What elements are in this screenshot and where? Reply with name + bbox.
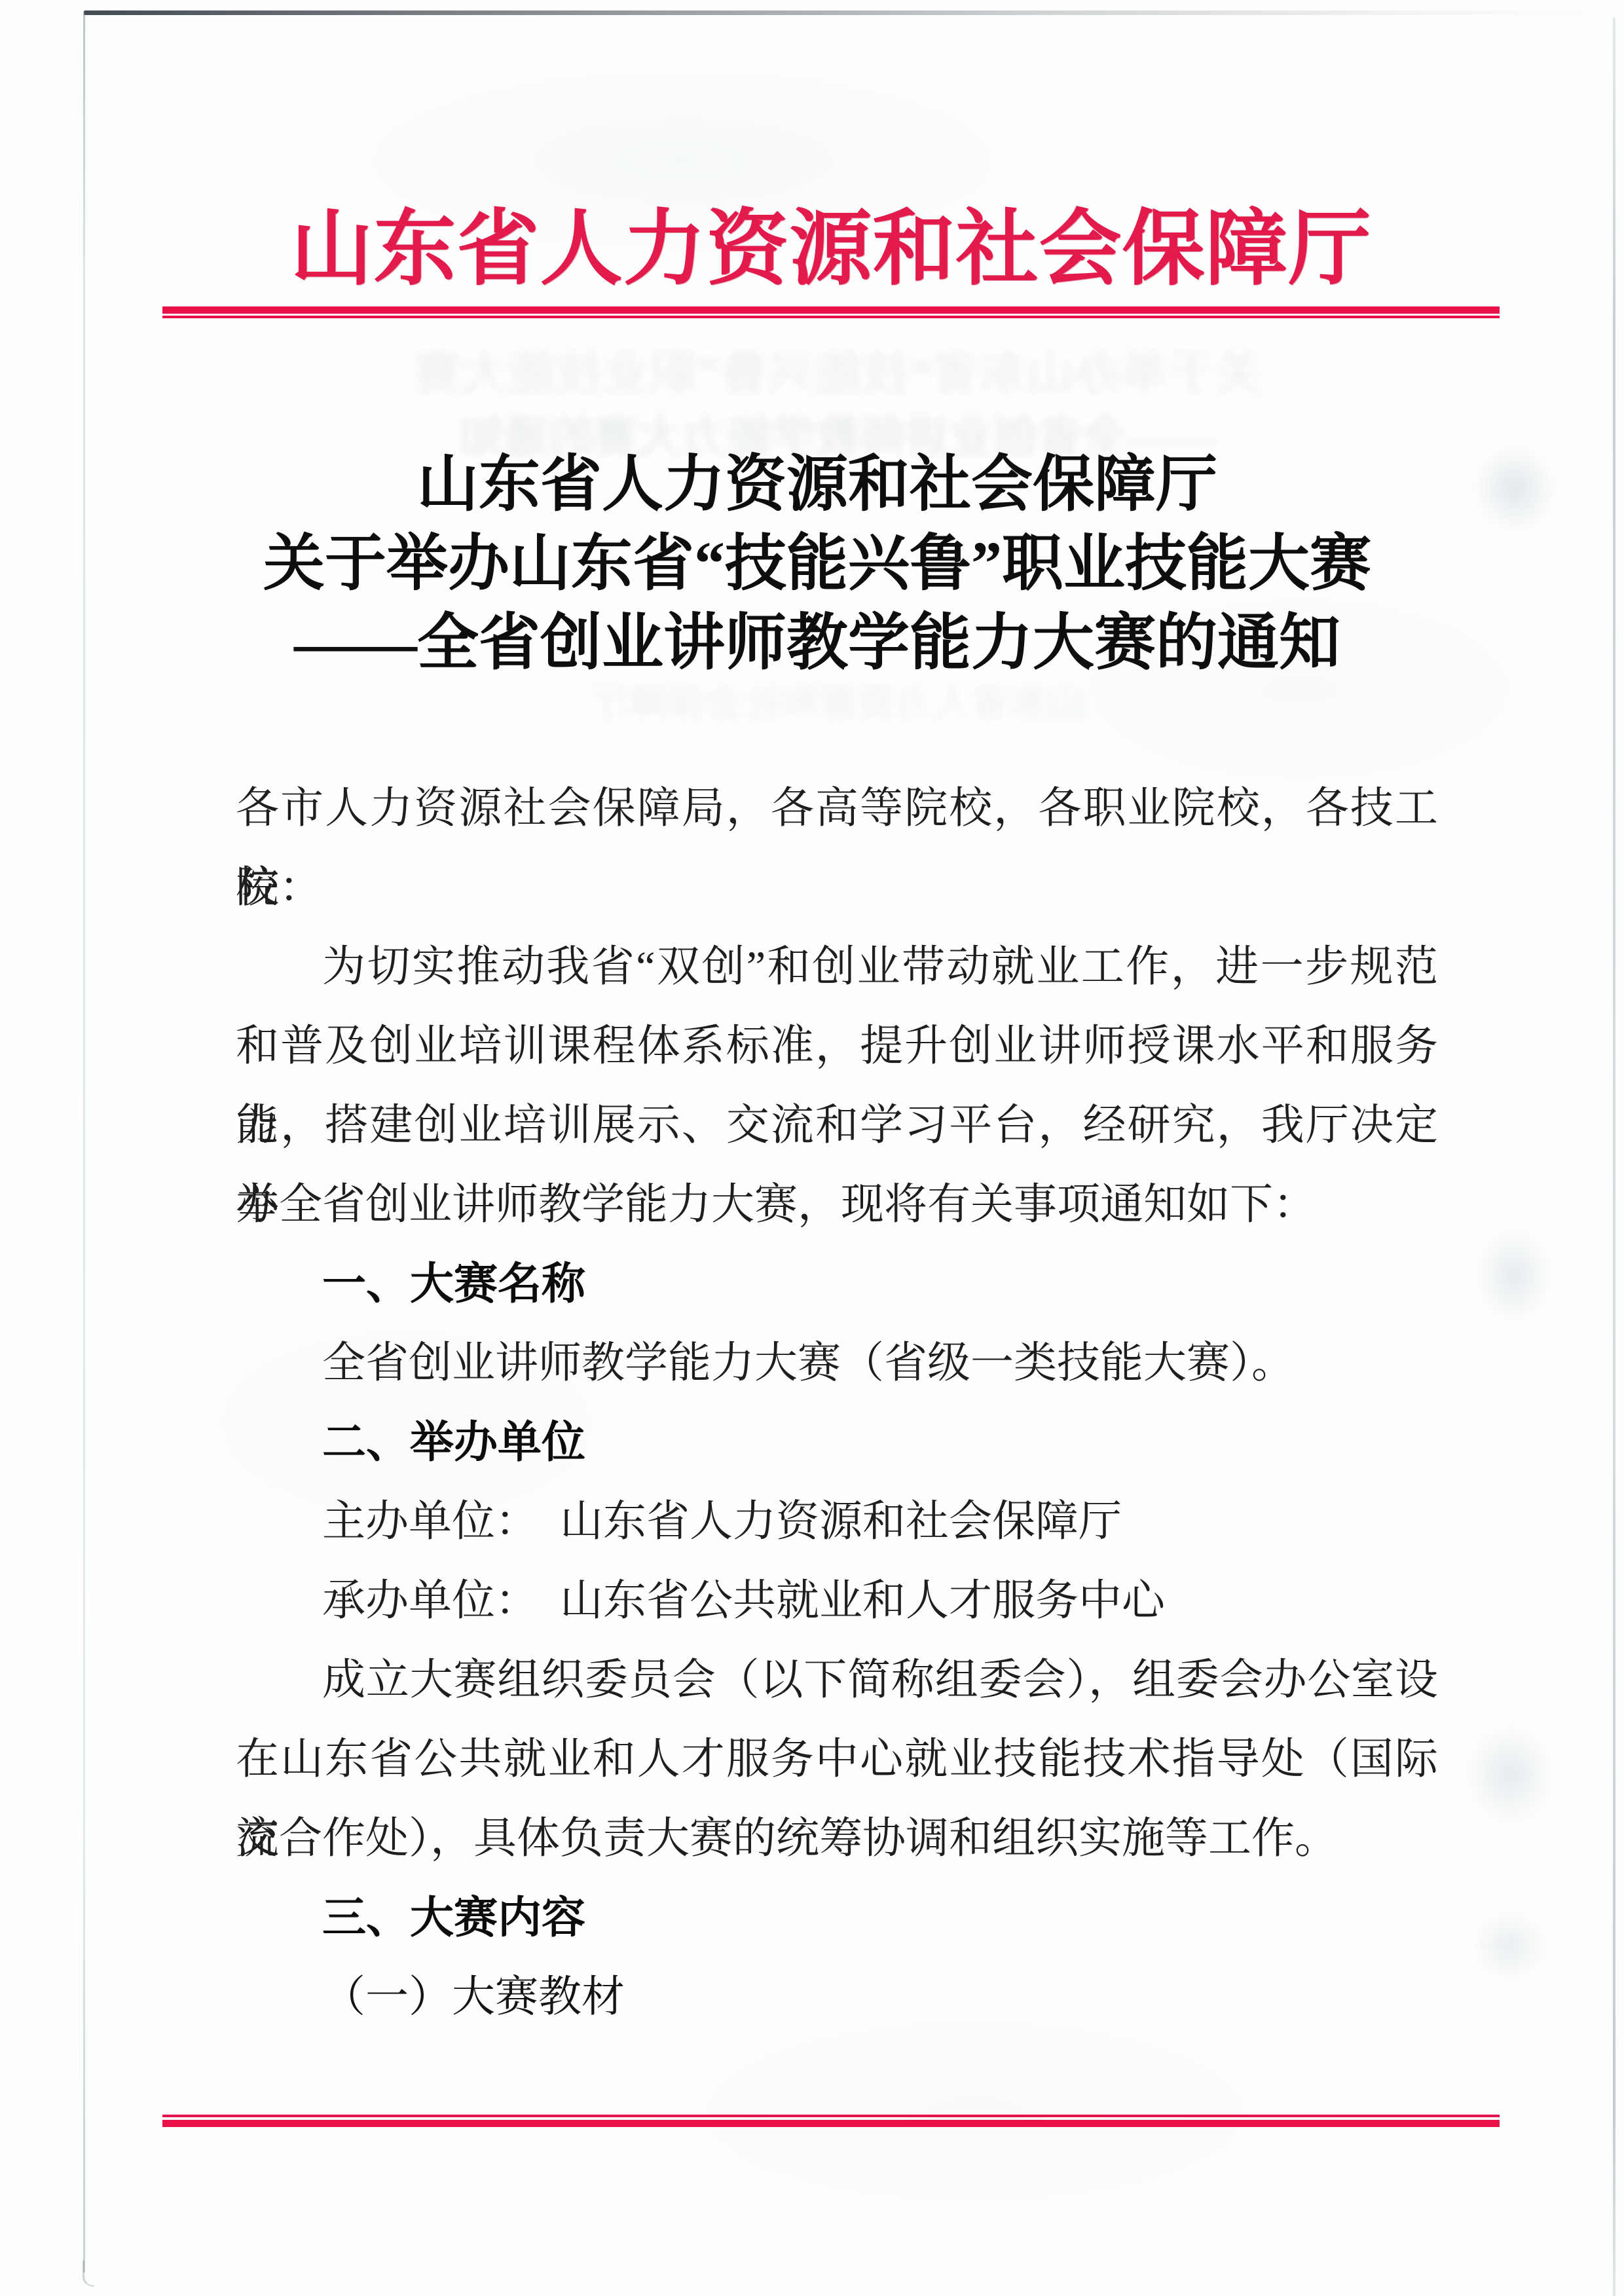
letterhead-divider-rule — [162, 306, 1500, 318]
footer-rule — [162, 2115, 1500, 2127]
scan-smudge — [1475, 1226, 1553, 1324]
document-title: 山东省人力资源和社会保障厅 关于举办山东省“技能兴鲁”职业技能大赛 ——全省创业… — [216, 445, 1418, 683]
addressee-line: 各市人力资源社会保障局，各高等院校，各职业院校，各技工院 — [236, 769, 1438, 848]
body-line: 全省创业讲师教学能力大赛（省级一类技能大赛）。 — [236, 1324, 1438, 1403]
bleed-through-ghost: 关于举办山东省“技能兴鲁”职业技能大赛 — [308, 335, 1369, 403]
document-title-line: 关于举办山东省“技能兴鲁”职业技能大赛 — [216, 525, 1418, 604]
section-heading: 三、大赛内容 — [236, 1878, 1438, 1957]
section-heading: 二、举办单位 — [236, 1403, 1438, 1482]
section-heading: 一、大赛名称 — [236, 1244, 1438, 1324]
body-line: 为切实推动我省“双创”和创业带动就业工作，进一步规范 — [236, 927, 1438, 1007]
body-line: 力，搭建创业培训展示、交流和学习平台，经研究，我厅决定举 — [236, 1086, 1438, 1165]
footer-rule-thick-bar — [162, 2120, 1500, 2127]
page-edge-top — [84, 10, 1615, 15]
footer-rule-thin-bar — [162, 2115, 1500, 2117]
letterhead-agency-name: 山东省人力资源和社会保障厅 — [162, 204, 1500, 296]
page-edge-left — [83, 12, 85, 2272]
document-title-line: 山东省人力资源和社会保障厅 — [216, 445, 1418, 525]
letterhead-rule-thick-bar — [162, 306, 1500, 314]
addressee-line: 校： — [236, 848, 1438, 927]
scan-smudge — [1471, 1910, 1549, 1982]
scanned-page: 关于举办山东省“技能兴鲁”职业技能大赛 ——全省创业讲师教学能力大赛的通知 山东… — [0, 0, 1624, 2296]
document-body: 各市人力资源社会保障局，各高等院校，各职业院校，各技工院 校： 为切实推动我省“… — [236, 769, 1438, 2037]
page-edge-corner — [83, 2261, 94, 2287]
body-line: 和普及创业培训课程体系标准，提升创业讲师授课水平和服务能 — [236, 1007, 1438, 1086]
body-line: 流合作处），具体负责大赛的统筹协调和组织实施等工作。 — [236, 1799, 1438, 1878]
body-line: 办全省创业讲师教学能力大赛，现将有关事项通知如下： — [236, 1165, 1438, 1244]
scan-smudge — [1472, 443, 1557, 534]
organizer-line: 承办单位： 山东省公共就业和人才服务中心 — [236, 1561, 1438, 1640]
organizer-line: 主办单位： 山东省人力资源和社会保障厅 — [236, 1482, 1438, 1561]
page-edge-right — [1613, 17, 1615, 2296]
letterhead-rule-thin-bar — [162, 316, 1500, 318]
subsection-heading: （一）大赛教材 — [236, 1957, 1438, 2037]
document-title-line: ——全省创业讲师教学能力大赛的通知 — [216, 604, 1418, 683]
body-line: 成立大赛组织委员会（以下简称组委会），组委会办公室设 — [236, 1640, 1438, 1720]
body-line: 在山东省公共就业和人才服务中心就业技能技术指导处（国际交 — [236, 1720, 1438, 1799]
scan-smudge — [1464, 1722, 1556, 1827]
